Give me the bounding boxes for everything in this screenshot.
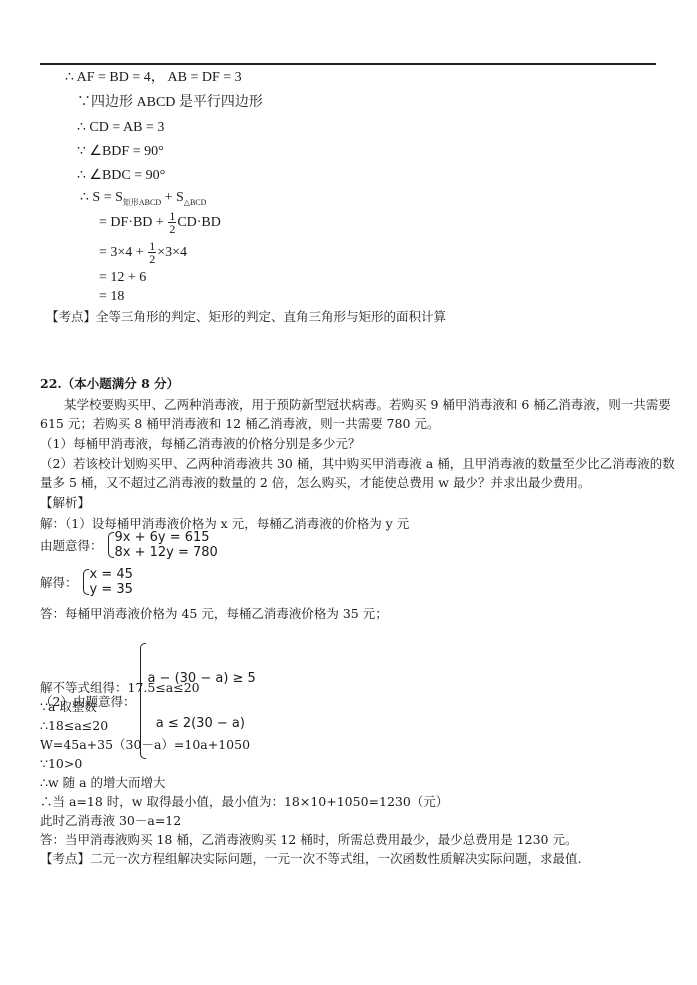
step1-left: = DF·BD +: [99, 215, 164, 230]
q22-l2: ∵a 取整数: [40, 699, 97, 715]
step1-right: CD·BD: [177, 215, 221, 230]
area-plus: + S: [161, 190, 184, 205]
line-cd-ab: ∴ CD = AB = 3: [77, 120, 164, 136]
line-angle-bdf: ∵ ∠BDF = 90°: [77, 144, 164, 160]
q22-l5: ∵10>0: [40, 756, 82, 772]
sys2-label: 解得：: [40, 573, 78, 591]
frac-den: 2: [148, 253, 156, 265]
sys1-eq2: 8x + 12y = 780: [115, 545, 218, 560]
sys3-ineq2: a ≤ 2(30 − a): [147, 716, 255, 731]
q22-jiexi: 【解析】: [40, 495, 90, 511]
sys1-eq1: 9x + 6y = 615: [115, 530, 218, 545]
q22-sys1-row: 由题意得： 9x + 6y = 615 8x + 12y = 780: [40, 530, 218, 560]
q22-stem-2: 615 元；若购买 8 桶甲消毒液和 12 桶乙消毒液，则一共需要 780 元。: [40, 416, 439, 432]
area-step-3: = 12 + 6: [99, 270, 146, 286]
line-af-bd: ∴ AF = BD = 4， AB = DF = 3: [65, 70, 242, 86]
sys2-y: y = 35: [90, 582, 133, 597]
frac-den: 2: [168, 223, 176, 235]
area-sub-tri: △BCD: [184, 198, 207, 207]
step2-left: = 3×4 +: [99, 245, 144, 260]
q22-title: 22.（本小题满分 8 分）: [40, 376, 179, 392]
q22-l1: 解不等式组得：17.5≤a≤20: [40, 680, 200, 696]
fraction-half: 12: [148, 240, 156, 265]
q21-kaodian: 【考点】全等三角形的判定、矩形的判定、直角三角形与矩形的面积计算: [46, 309, 446, 325]
q22-part-2b: 量多 5 桶，又不超过乙消毒液的数量的 2 倍，怎么购买，才能使总费用 w 最少…: [40, 475, 590, 491]
line-parallelogram: ∵四边形 ABCD 是平行四边形: [77, 95, 263, 111]
q22-l4: W=45a+35（30－a）=10a+1050: [40, 737, 250, 753]
q22-answer-2: 答：当甲消毒液购买 18 桶，乙消毒液购买 12 桶时，所需总费用最少，最少总费…: [40, 832, 577, 848]
q22-l8: 此时乙消毒液 30－a=12: [40, 813, 181, 829]
q22-stem-1: 某学校要购买甲、乙两种消毒液，用于预防新型冠状病毒。若购买 9 桶甲消毒液和 6…: [64, 397, 671, 413]
sys2-x: x = 45: [90, 567, 133, 582]
q22-part-2a: （2）若该校计划购买甲、乙两种消毒液共 30 桶，其中购买甲消毒液 a 桶，且甲…: [40, 456, 675, 472]
area-step-1: = DF·BD + 12CD·BD: [99, 208, 221, 238]
area-sub-rect: 矩形ABCD: [123, 198, 161, 207]
header-rule: [40, 63, 656, 65]
q22-kaodian: 【考点】二元一次方程组解决实际问题，一元一次不等式组，一次函数性质解决实际问题，…: [40, 851, 581, 867]
q22-answer-1: 答：每桶甲消毒液价格为 45 元，每桶乙消毒液价格为 35 元；: [40, 606, 388, 622]
fraction-half: 12: [168, 210, 176, 235]
q22-l7: ∴当 a=18 时，w 取得最小值，最小值为：18×10+1050=1230（元…: [40, 794, 448, 810]
q22-l3: ∴18≤a≤20: [40, 718, 108, 734]
sys1-label: 由题意得：: [40, 536, 103, 554]
solution-system: x = 45 y = 35: [82, 567, 133, 597]
step2-right: ×3×4: [157, 245, 187, 260]
line-angle-bdc: ∴ ∠BDC = 90°: [77, 168, 165, 184]
q22-sys2-row: 解得： x = 45 y = 35: [40, 567, 133, 597]
area-step-4: = 18: [99, 289, 124, 305]
q22-part-1: （1）每桶甲消毒液，每桶乙消毒液的价格分别是多少元？: [40, 436, 360, 452]
area-lhs: ∴ S = S: [80, 190, 123, 205]
area-step-2: = 3×4 + 12×3×4: [99, 238, 187, 268]
q22-l6: ∴w 随 a 的增大而增大: [40, 775, 166, 791]
equation-system-1: 9x + 6y = 615 8x + 12y = 780: [107, 530, 218, 560]
